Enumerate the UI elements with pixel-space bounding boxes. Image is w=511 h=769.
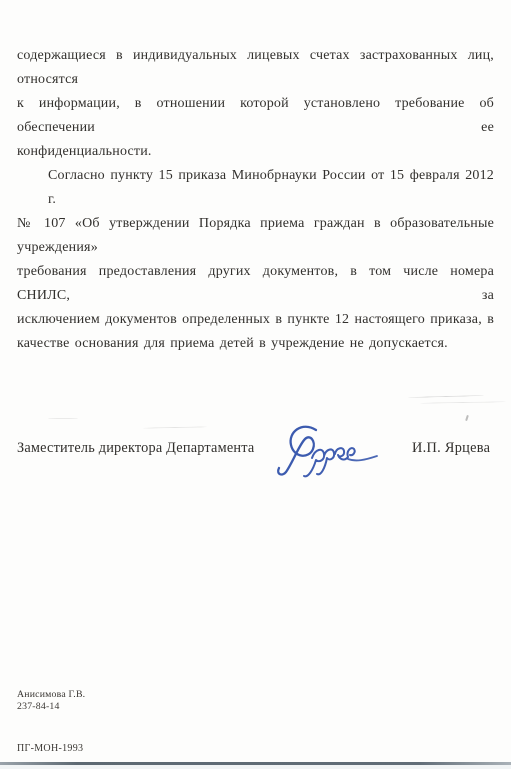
paragraph-2: Согласно пункту 15 приказа Минобрнауки Р… (17, 164, 494, 356)
executor-contact: Анисимова Г.В. 237-84-14 (17, 689, 85, 713)
paragraph-1: содержащиеся в индивидуальных лицевых сч… (17, 44, 494, 164)
executor-name: Анисимова Г.В. (17, 689, 85, 701)
scan-smudge (48, 418, 78, 419)
document-code: ПГ-МОН-1993 (17, 743, 83, 754)
signer-name: И.П. Ярцева (412, 440, 490, 457)
scan-smudge (420, 401, 506, 404)
body-text: содержащиеся в индивидуальных лицевых сч… (17, 44, 494, 356)
text-line: требования предоставления других докумен… (17, 260, 494, 308)
signer-position-title: Заместитель директора Департамента (17, 440, 254, 457)
scan-speck (465, 415, 469, 421)
text-line: Согласно пункту 15 приказа Минобрнауки Р… (17, 164, 494, 212)
scan-smudge (408, 395, 484, 398)
scan-bottom-margin (0, 765, 511, 769)
scan-smudge (143, 426, 207, 428)
text-line: содержащиеся в индивидуальных лицевых сч… (17, 44, 494, 92)
signature-stroke (278, 427, 316, 475)
text-line: качестве основания для приема детей в уч… (17, 332, 494, 356)
text-line: к информации, в отношении которой устано… (17, 92, 494, 140)
text-line: исключением документов определенных в пу… (17, 308, 494, 332)
signature-stroke (348, 456, 377, 460)
document-page: содержащиеся в индивидуальных лицевых сч… (0, 0, 511, 769)
executor-phone: 237-84-14 (17, 701, 85, 713)
handwritten-signature (262, 416, 382, 488)
text-line: конфиденциальности. (17, 140, 494, 164)
text-line: № 107 «Об утверждении Порядка приема гра… (17, 212, 494, 260)
